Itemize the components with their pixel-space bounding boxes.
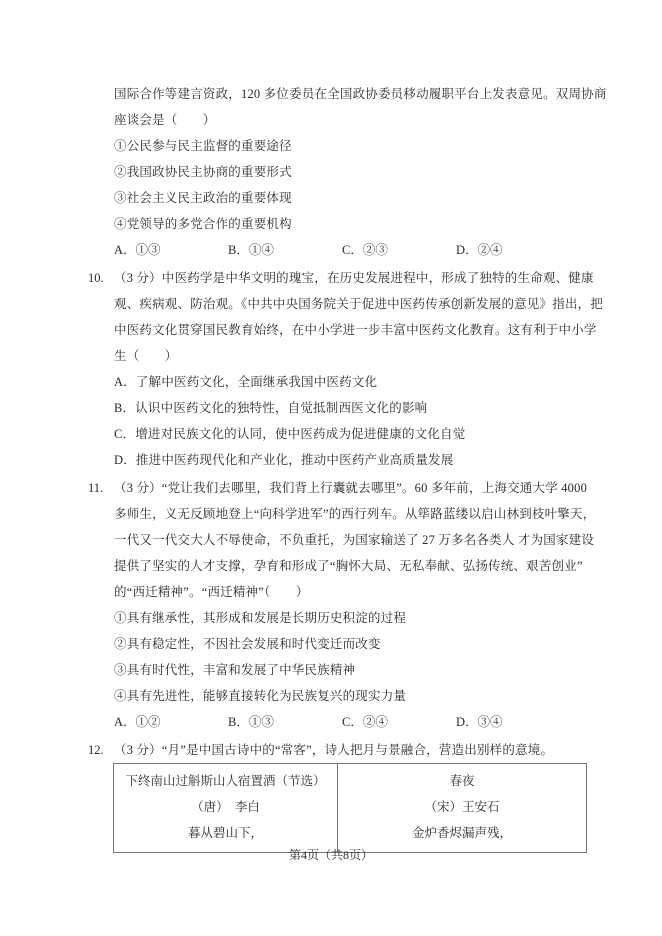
exam-content: 国际合作等建言资政，120 多位委员在全国政协委员移动履职平台上发表意见。双周协… [88, 79, 593, 853]
numbered-item: ①公民参与民主监督的重要途径 [114, 133, 593, 159]
stem-line: （3 分）“月”是中国古诗中的“常客”，诗人把月与景融合，营造出别样的意境。 [114, 737, 593, 763]
question-number: 10. [88, 265, 104, 291]
question-number: 11. [88, 475, 103, 501]
stem-line: 一代又一代交大人不辱使命，不负重托，为国家输送了 27 万多名各类人 才为国家建… [114, 527, 593, 553]
poem-title: 下终南山过斛斯山人宿置酒（节选） [118, 768, 333, 794]
stem-line: 生（ ） [114, 343, 593, 369]
table-row: 下终南山过斛斯山人宿置酒（节选） （唐） 李白 暮从碧山下， 春夜 （宋）王安石… [114, 764, 587, 853]
page-footer: 第4页（共8页） [0, 846, 662, 864]
question-10: 10. （3 分）中医药学是中华文明的瑰宝，在历史发展进程中，形成了独特的生命观… [88, 265, 593, 473]
question-9-continuation: 国际合作等建言资政，120 多位委员在全国政协委员移动履职平台上发表意见。双周协… [88, 81, 593, 263]
choice-d: D．③④ [456, 709, 503, 735]
stem-line: 的“西迁精神”。“西迁精神”（ ） [114, 579, 593, 605]
numbered-item: ②我国政协民主协商的重要形式 [114, 159, 593, 185]
choice-a: A．①③ [114, 237, 228, 263]
question-12-body: （3 分）“月”是中国古诗中的“常客”，诗人把月与景融合，营造出别样的意境。 [114, 737, 593, 763]
choice-b: B．①③ [228, 709, 342, 735]
stem-line: （3 分）“党让我们去哪里，我们背上行囊就去哪里”。60 多年前，上海交通大学 … [114, 475, 593, 501]
poem-comparison-table: 下终南山过斛斯山人宿置酒（节选） （唐） 李白 暮从碧山下， 春夜 （宋）王安石… [113, 763, 587, 853]
numbered-item: ①具有继承性，其形成和发展是长期历史积淀的过程 [114, 605, 593, 631]
choice-c: C．②③ [342, 237, 456, 263]
option-c: C．增进对民族文化的认同，使中医药成为促进健康的文化自觉 [114, 421, 593, 447]
option-a: A．了解中医药文化，全面继承我国中医药文化 [114, 369, 593, 395]
choice-a: A．①② [114, 709, 228, 735]
numbered-item: ④党领导的多党合作的重要机构 [114, 211, 593, 237]
poem-cell-left: 下终南山过斛斯山人宿置酒（节选） （唐） 李白 暮从碧山下， [114, 764, 338, 853]
stem-line: 国际合作等建言资政，120 多位委员在全国政协委员移动履职平台上发表意见。双周协… [114, 81, 593, 107]
poem-cell-right: 春夜 （宋）王安石 金炉香烬漏声残， [338, 764, 587, 853]
question-12: 12. （3 分）“月”是中国古诗中的“常客”，诗人把月与景融合，营造出别样的意… [88, 737, 593, 853]
choice-c: C．②④ [342, 709, 456, 735]
stem-line: 多师生，义无反顾地登上“向科学进军”的西行列车。从筚路蓝缕以启山林到枝叶擎天， [114, 501, 593, 527]
stem-line: 提供了坚实的人才支撑，孕育和形成了“胸怀大局、无私奉献、弘扬传统、艰苦创业” [114, 553, 593, 579]
exam-page: 国际合作等建言资政，120 多位委员在全国政协委员移动履职平台上发表意见。双周协… [0, 0, 662, 936]
stem-line: 中医药文化贯穿国民教育始终，在中小学进一步丰富中医药文化教育。这有利于中小学 [114, 317, 593, 343]
poem-author: （唐） 李白 [118, 794, 333, 820]
answer-choices-row: A．①③ B．①④ C．②③ D．②④ [114, 237, 593, 263]
stem-line: 观、疾病观、防治观。《中共中央国务院关于促进中医药传承创新发展的意见》指出，把 [114, 291, 593, 317]
question-11-body: （3 分）“党让我们去哪里，我们背上行囊就去哪里”。60 多年前，上海交通大学 … [114, 475, 593, 735]
numbered-item: ②具有稳定性，不因社会发展和时代变迁而改变 [114, 631, 593, 657]
choice-b: B．①④ [228, 237, 342, 263]
question-11: 11. （3 分）“党让我们去哪里，我们背上行囊就去哪里”。60 多年前，上海交… [88, 475, 593, 735]
question-9-body: 国际合作等建言资政，120 多位委员在全国政协委员移动履职平台上发表意见。双周协… [114, 81, 593, 263]
numbered-item: ④具有先进性，能够直接转化为民族复兴的现实力量 [114, 683, 593, 709]
answer-choices-row: A．①② B．①③ C．②④ D．③④ [114, 709, 593, 735]
poem-title: 春夜 [342, 768, 582, 794]
numbered-item: ③具有时代性，丰富和发展了中华民族精神 [114, 657, 593, 683]
question-10-body: （3 分）中医药学是中华文明的瑰宝，在历史发展进程中，形成了独特的生命观、健康 … [114, 265, 593, 473]
poem-author: （宋）王安石 [342, 794, 582, 820]
poem-verse: 金炉香烬漏声残， [342, 820, 582, 846]
option-d: D．推进中医药现代化和产业化，推动中医药产业高质量发展 [114, 447, 593, 473]
stem-line: （3 分）中医药学是中华文明的瑰宝，在历史发展进程中，形成了独特的生命观、健康 [114, 265, 593, 291]
question-number: 12. [88, 737, 104, 763]
stem-line: 座谈会是（ ） [114, 107, 593, 133]
poem-verse: 暮从碧山下， [118, 820, 333, 846]
numbered-item: ③社会主义民主政治的重要体现 [114, 185, 593, 211]
option-b: B．认识中医药文化的独特性，自觉抵制西医文化的影响 [114, 395, 593, 421]
choice-d: D．②④ [456, 237, 503, 263]
